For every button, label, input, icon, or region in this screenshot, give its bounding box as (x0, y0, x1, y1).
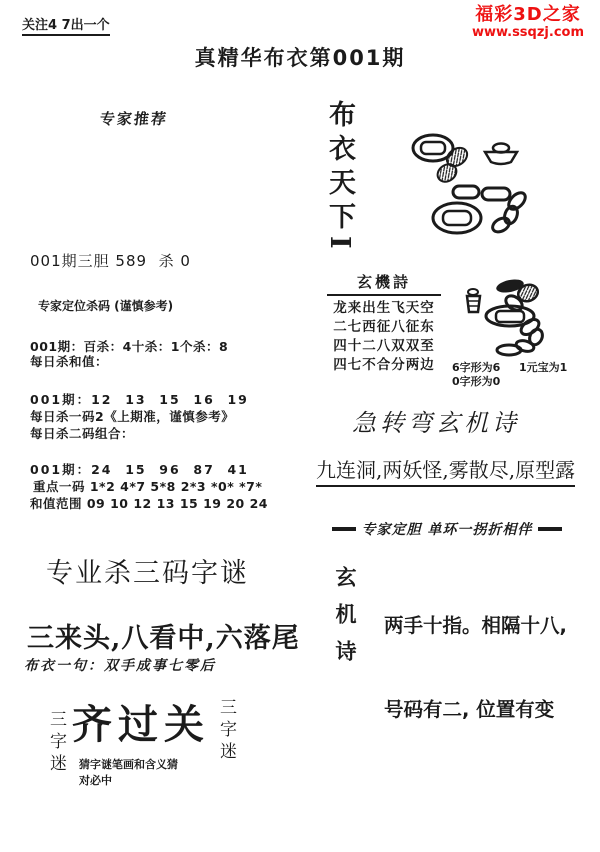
mystic-poem-line: 二七西征八征东 (327, 318, 441, 337)
expert-dan-line: 专家定胆 单环一拐折相伴 (362, 519, 533, 539)
buyi-tianxia-vertical-title: 布衣天下I (320, 100, 359, 256)
sum-values-line: 001期：12 13 15 16 19 (30, 390, 249, 408)
sum-range-line: 和值范围 09 10 12 13 15 19 20 24 (30, 494, 268, 512)
three-char-label-right: 三字迷 (214, 698, 239, 764)
caption-ingot: 1元宝为1 (519, 359, 567, 375)
kill-section-title: 专家定位杀码 (谨慎参考) (38, 297, 173, 314)
daily-kill-two-label: 每日杀二码组合： (30, 424, 134, 442)
focus-note: 关注4 7出一个 (22, 14, 110, 36)
three-char-answer: 齐过关 (72, 693, 210, 750)
three-char-note-line1: 猜字谜笔画和含义猜 (79, 757, 178, 773)
mystic-poem-title: 玄機詩 (327, 271, 441, 296)
riddle-line: 三来头,八看中,六落尾 (27, 616, 300, 655)
sharp-turn-title: 急转弯玄机诗 (352, 403, 520, 438)
decorative-bar-right (538, 527, 562, 531)
mystic-poem-line: 四十二八双双至 (327, 337, 441, 356)
expert-recommend-label: 专家推荐 (99, 108, 169, 129)
poem-vertical-title: 玄机诗 (330, 566, 360, 677)
caption-zero-shape: 0字形为0 (452, 373, 500, 389)
pair-values-line: 001期：24 15 96 87 41 (30, 460, 249, 478)
riddle-section-title: 专业杀三码字谜 (46, 551, 249, 590)
poem-line1: 两手十指。相隔十八, (384, 612, 567, 640)
page-title: 真精华布衣第001期 (0, 42, 600, 72)
poem-line2: 号码有二, 位置有变 (384, 696, 567, 724)
poem-text: 两手十指。相隔十八, 号码有二, 位置有变 (384, 556, 567, 780)
mystic-poem-line: 四七不合分两边 (327, 356, 441, 375)
daily-kill-one-line: 每日杀一码2《上期准，谨慎参考》 (30, 407, 234, 425)
mystic-poem-line: 龙来出生飞天空 (327, 299, 441, 318)
daily-kill-sum-label: 每日杀和值： (30, 352, 108, 370)
key-code-line: 重点一码 1*2 4*7 5*8 2*3 *0* *7* (33, 477, 262, 495)
expert-dan-row: 专家定胆 单环一拐折相伴 (322, 519, 572, 539)
decorative-bar-left (332, 527, 356, 531)
site-branding: 福彩3D之家 www.ssqzj.com (472, 5, 584, 41)
buyi-lottery-sheet: 关注4 7出一个 福彩3D之家 www.ssqzj.com 真精华布衣第001期… (0, 0, 600, 852)
site-name: 福彩3D之家 (472, 5, 584, 26)
site-url[interactable]: www.ssqzj.com (472, 26, 584, 41)
three-char-note-line2: 对必中 (79, 773, 178, 789)
ingot-chain-doodle-icon (405, 126, 565, 236)
buyi-sentence: 布衣一句：双手成事七零后 (24, 655, 216, 675)
three-dan-line: 001期三胆 589 杀 0 (30, 250, 191, 271)
six-shape-chain-doodle-icon (440, 266, 570, 358)
sharp-turn-line: 九连洞,两妖怪,雾散尽,原型露 (316, 454, 575, 487)
three-char-label-left: 三字迷 (44, 710, 69, 776)
mystic-poem-box: 玄機詩 龙来出生飞天空 二七西征八征东 四十二八双双至 四七不合分两边 (327, 271, 441, 375)
three-char-note: 猜字谜笔画和含义猜 对必中 (79, 757, 178, 789)
